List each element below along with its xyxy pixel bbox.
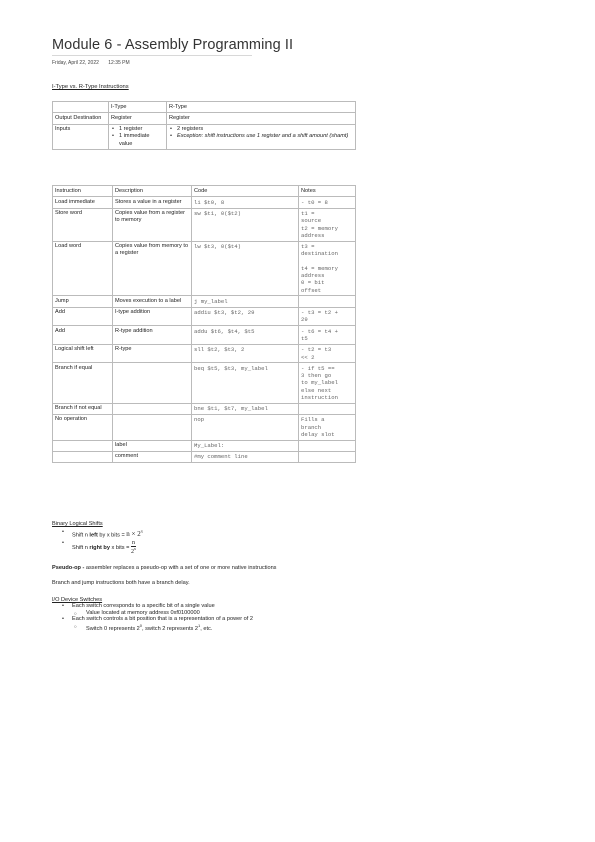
page-timestamp: Friday, April 22, 2022 12:35 PM (52, 60, 138, 66)
description-cell: comment (113, 451, 192, 462)
pseudo-op-definition: Pseudo-op - assembler replaces a pseudo-… (52, 565, 276, 571)
table-row: No operationnopFills a branch delay slot (53, 414, 356, 440)
code-cell: beq $t5, $t3, my_label (192, 363, 299, 403)
branch-delay-note: Branch and jump instructions both have a… (52, 580, 190, 586)
list-item: 1 register (119, 126, 164, 133)
table-row: Branch if equalbeq $t5, $t3, my_label- i… (53, 363, 356, 403)
instruction-cell: Branch if not equal (53, 403, 113, 414)
row-label: Inputs (53, 124, 109, 150)
text: by x bits = (98, 532, 126, 538)
notes-cell: - t6 = t4 + t5 (299, 326, 356, 345)
shift-right-item: Shift n right by x bits = n2x (60, 540, 143, 555)
text-bold: left (89, 532, 97, 538)
sub-list-item: Switch 0 represents 20, switch 2 represe… (74, 623, 253, 632)
definition: assembler replaces a pseudo-op with a se… (84, 565, 276, 571)
description-cell: Copies value from memory to a register (113, 241, 192, 296)
page-date: Friday, April 22, 2022 (52, 60, 99, 66)
page-title: Module 6 - Assembly Programming II (52, 37, 293, 53)
instruction-cell: Store word (53, 208, 113, 241)
text-bold: right by (89, 545, 110, 551)
text: Shift n (72, 545, 89, 551)
den-exp: x (134, 546, 136, 551)
table-header-row: InstructionDescriptionCodeNotes (53, 186, 356, 197)
text: , etc. (200, 626, 212, 632)
text: , switch 2 represents 2 (142, 626, 198, 632)
list-item: 2 registers (177, 126, 353, 133)
itype-cell: 1 register 1 immediate value (109, 124, 167, 150)
rtype-cell: 2 registers Exception: shift instruction… (167, 124, 356, 150)
text: Shift n (72, 532, 89, 538)
instruction-cell: Load word (53, 241, 113, 296)
description-cell (113, 414, 192, 440)
header-cell (53, 102, 109, 113)
table-row: AddI-type additionaddiu $t3, $t2, 29- t3… (53, 307, 356, 326)
code-cell: sll $t2, $t3, 2 (192, 344, 299, 363)
table-row: Store wordCopies value from a register t… (53, 208, 356, 241)
term: Pseudo-op - (52, 565, 84, 571)
description-cell: R-type addition (113, 326, 192, 345)
shift-left-item: Shift n left by x bits = n × 2x (60, 529, 143, 538)
instruction-cell: Add (53, 326, 113, 345)
table-row: Output Destination Register Register (53, 113, 356, 124)
header-cell: Notes (299, 186, 356, 197)
section-heading-shifts: Binary Logical Shifts (52, 521, 143, 527)
code-cell: addiu $t3, $t2, 29 (192, 307, 299, 326)
code-cell: j my_label (192, 296, 299, 307)
table-row: Logical shift leftR-typesll $t2, $t3, 2-… (53, 344, 356, 363)
notes-cell: - t3 = t2 + 29 (299, 307, 356, 326)
instruction-cell: Jump (53, 296, 113, 307)
description-cell: Stores a value in a register (113, 197, 192, 208)
notes-cell (299, 440, 356, 451)
notes-cell (299, 296, 356, 307)
table-row: JumpMoves execution to a labelj my_label (53, 296, 356, 307)
shifts-section: Binary Logical Shifts Shift n left by x … (52, 521, 143, 555)
notes-cell: t3 = destination t4 = memory address 0 =… (299, 241, 356, 296)
notes-cell: Fills a branch delay slot (299, 414, 356, 440)
instructions-table: InstructionDescriptionCodeNotesLoad imme… (52, 185, 356, 463)
notes-cell: - t0 = 8 (299, 197, 356, 208)
table-row: Branch if not equalbne $t1, $t7, my_labe… (53, 403, 356, 414)
instruction-cell: Add (53, 307, 113, 326)
description-cell: label (113, 440, 192, 451)
list-item: Exception: shift instructions use 1 regi… (177, 133, 353, 140)
table-row: AddR-type additionaddu $t6, $t4, $t5- t6… (53, 326, 356, 345)
notes-cell: - t2 = t3 << 2 (299, 344, 356, 363)
table-row: Load wordCopies value from memory to a r… (53, 241, 356, 296)
code-cell: lw $t3, 0($t4) (192, 241, 299, 296)
description-cell: R-type (113, 344, 192, 363)
description-cell (113, 363, 192, 403)
text: x bits = (110, 545, 131, 551)
row-label: Output Destination (53, 113, 109, 124)
formula: n × 2x (126, 530, 143, 538)
title-divider (52, 55, 252, 56)
description-cell: Copies value from a register to memory (113, 208, 192, 241)
io-section: I/O Device Switches Each switch correspo… (52, 597, 253, 632)
code-cell: My_Label: (192, 440, 299, 451)
description-cell (113, 403, 192, 414)
formula-exp: x (141, 529, 143, 534)
instruction-cell: No operation (53, 414, 113, 440)
notes-cell: - if t5 == 3 then go to my_label else ne… (299, 363, 356, 403)
table-row: Load immediateStores a value in a regist… (53, 197, 356, 208)
list-item: Each switch corresponds to a specific bi… (60, 603, 253, 609)
code-cell: bne $t1, $t7, my_label (192, 403, 299, 414)
text: Switch 0 represents 2 (86, 626, 140, 632)
notes-cell (299, 451, 356, 462)
description-cell: I-type addition (113, 307, 192, 326)
rtype-cell: Register (167, 113, 356, 124)
formula-base: n × 2 (126, 530, 140, 538)
fraction-den: 2x (131, 547, 136, 555)
page-time: 12:35 PM (108, 60, 129, 66)
fraction: n2x (131, 540, 136, 555)
list-item: Each switch controls a bit position that… (60, 616, 253, 622)
header-cell: R-Type (167, 102, 356, 113)
table-header-row: I-Type R-Type (53, 102, 356, 113)
itype-cell: Register (109, 113, 167, 124)
header-cell: I-Type (109, 102, 167, 113)
header-cell: Instruction (53, 186, 113, 197)
table-row: labelMy_Label: (53, 440, 356, 451)
code-cell: addu $t6, $t4, $t5 (192, 326, 299, 345)
code-cell: nop (192, 414, 299, 440)
header-cell: Description (113, 186, 192, 197)
instruction-cell: Load immediate (53, 197, 113, 208)
description-cell: Moves execution to a label (113, 296, 192, 307)
code-cell: li $t0, 8 (192, 197, 299, 208)
instruction-cell (53, 440, 113, 451)
notes-cell (299, 403, 356, 414)
code-cell: #my comment line (192, 451, 299, 462)
instruction-cell: Logical shift left (53, 344, 113, 363)
itype-rtype-table: I-Type R-Type Output Destination Registe… (52, 101, 356, 150)
list-item: 1 immediate value (119, 133, 164, 148)
section-heading-itype-rtype: I-Type vs. R-Type Instructions (52, 84, 129, 90)
header-cell: Code (192, 186, 299, 197)
table-row: Inputs 1 register 1 immediate value 2 re… (53, 124, 356, 150)
instruction-cell: Branch if equal (53, 363, 113, 403)
notes-cell: t1 = source t2 = memory address (299, 208, 356, 241)
code-cell: sw $t1, 0($t2) (192, 208, 299, 241)
instruction-cell (53, 451, 113, 462)
table-row: comment#my comment line (53, 451, 356, 462)
